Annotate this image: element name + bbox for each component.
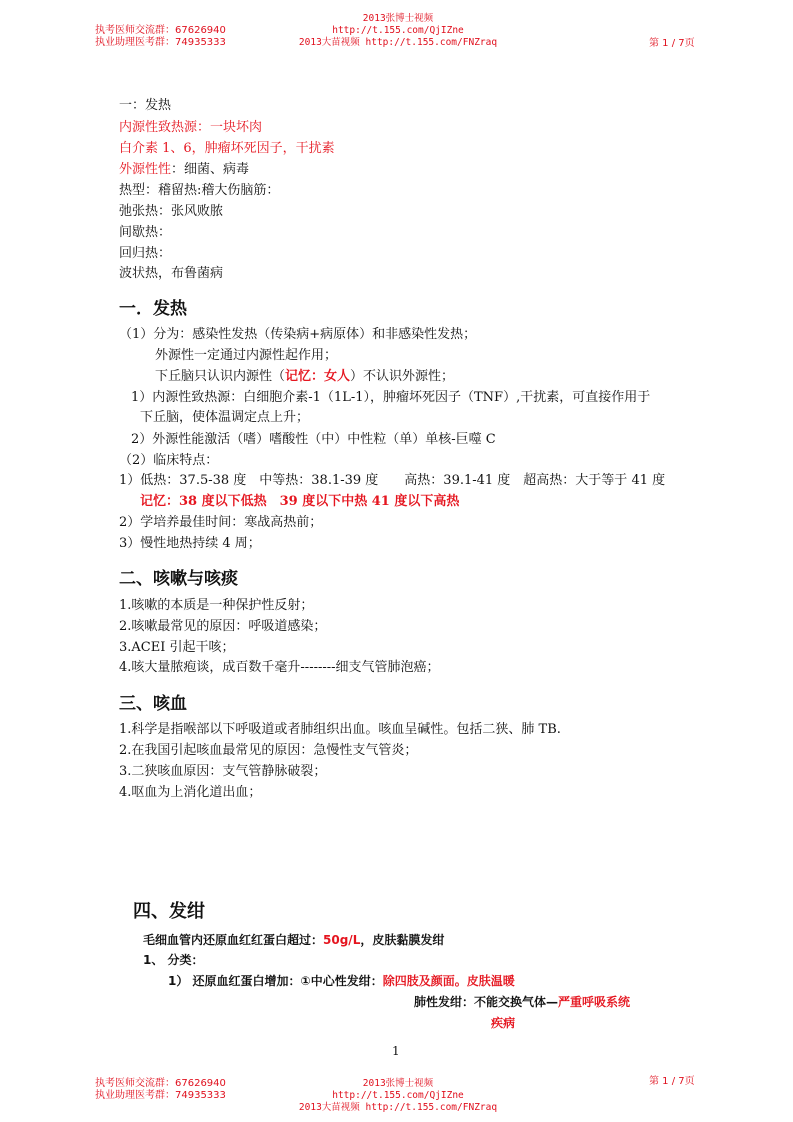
intro-line-9: 波状热，布鲁菌病 bbox=[119, 266, 223, 282]
sec1-line-2: 外源性一定通过内源性起作用； bbox=[155, 348, 337, 364]
sec1-line-10: 2）学培养最佳时间：寒战高热前； bbox=[119, 515, 322, 531]
page-number: 1 bbox=[392, 1044, 400, 1058]
header-page-indicator: 第 1 / 7页 bbox=[649, 38, 695, 50]
intro-line-2: 内源性致热源：一块坏肉 bbox=[119, 120, 262, 136]
sec2-item-4: 4.咳大量脓疱谈，成百数千毫升--------细支气管肺泡癌； bbox=[119, 660, 440, 676]
footer-video-links: 2013张博士视频http://t.155.com/QjIZne 2013大苗视… bbox=[298, 1078, 498, 1114]
intro-line-5: 热型：稽留热:稽大伤脑筋： bbox=[119, 183, 279, 199]
sec4-line-3a: 1） 还原血红蛋白增加：①中心性发绀： bbox=[168, 974, 383, 988]
sec1-line-3: 下丘脑只认识内源性（记忆：女人）不认识外源性； bbox=[155, 369, 454, 385]
sec4-line-2: 1、 分类： bbox=[143, 952, 204, 968]
sec1-line-6: 2）外源性能激活（嗜）嗜酸性（中）中性粒（单）单核-巨噬 C bbox=[131, 432, 496, 448]
sec1-line-1: （1）分为：感染性发热（传染病+病原体）和非感染性发热； bbox=[119, 327, 476, 343]
sec1-line-11: 3）慢性地热持续 4 周； bbox=[119, 536, 261, 552]
sec4-line-1: 毛细血管内还原血红红蛋白超过：50g/L，皮肤黏膜发绀 bbox=[143, 932, 444, 948]
intro-line-6: 弛张热：张风败脓 bbox=[119, 204, 223, 220]
sec1-line-4: 1）内源性致热源：白细胞介素-1（1L-1），肿瘤坏死因子（TNF）,干扰素，可… bbox=[131, 390, 650, 406]
section-title-cyanosis: 四、发绀 bbox=[133, 897, 205, 923]
sec3-item-1: 1.科学是指喉部以下呼吸道或者肺组织出血。咳血呈碱性。包括二狭、肺 TB. bbox=[119, 722, 561, 738]
footer-group1: 执考医师交流群：67626940 bbox=[95, 1078, 226, 1090]
sec3-item-2: 2.在我国引起咳血最常见的原因：急慢性支气管炎； bbox=[119, 743, 417, 759]
footer-group-info: 执考医师交流群：67626940 执业助理医考群：74935333 bbox=[95, 1078, 226, 1102]
header-group1: 执考医师交流群：67626940 bbox=[95, 25, 226, 37]
footer-video2-link[interactable]: 2013大苗视频 http://t.155.com/FNZraq bbox=[298, 1102, 498, 1114]
footer-page-indicator: 第 1 / 7页 bbox=[649, 1076, 695, 1088]
sec1-line-5: 下丘脑，使体温调定点上升； bbox=[140, 410, 309, 426]
sec4-line-4: 肺性发绀：不能交换气体—严重呼吸系统 bbox=[414, 994, 630, 1010]
sec2-item-2: 2.咳嗽最常见的原因：呼吸道感染； bbox=[119, 619, 326, 635]
sec3-item-4: 4.呕血为上消化道出血； bbox=[119, 785, 261, 801]
footer-video1-link[interactable]: 2013张博士视频http://t.155.com/QjIZne bbox=[298, 1078, 498, 1102]
intro-line-4-red: 外源性性 bbox=[119, 162, 171, 177]
sec1-line-3c: ）不认识外源性； bbox=[350, 369, 454, 384]
sec1-line-9-memo: 记忆：38 度以下低热 39 度以下中热 41 度以下高热 bbox=[140, 494, 459, 510]
sec4-line-1c: ，皮肤黏膜发绀 bbox=[360, 933, 444, 947]
intro-line-4-rest: ：细菌、病毒 bbox=[171, 162, 249, 177]
sec4-line-5: 疾病 bbox=[491, 1015, 515, 1031]
header-group2: 执业助理医考群：74935333 bbox=[95, 37, 226, 49]
header-video2-link[interactable]: 2013大苗视频 http://t.155.com/FNZraq bbox=[298, 37, 498, 49]
intro-line-4: 外源性性：细菌、病毒 bbox=[119, 162, 249, 178]
footer-group2: 执业助理医考群：74935333 bbox=[95, 1090, 226, 1102]
intro-line-1: 一：发热 bbox=[119, 98, 171, 114]
header-video-links: 2013张博士视频http://t.155.com/QjIZne 2013大苗视… bbox=[298, 13, 498, 49]
header-group-info: 执考医师交流群：67626940 执业助理医考群：74935333 bbox=[95, 25, 226, 49]
sec1-line-8: 1）低热：37.5-38 度 中等热：38.1-39 度 高热：39.1-41 … bbox=[119, 473, 665, 489]
sec4-line-3: 1） 还原血红蛋白增加：①中心性发绀：除四肢及颜面。皮肤温暖 bbox=[168, 973, 515, 989]
intro-line-8: 回归热： bbox=[119, 246, 171, 262]
sec4-line-1a: 毛细血管内还原血红红蛋白超过： bbox=[143, 933, 323, 947]
sec2-item-1: 1.咳嗽的本质是一种保护性反射； bbox=[119, 598, 313, 614]
sec4-line-4-red: 严重呼吸系统 bbox=[558, 995, 630, 1009]
sec3-item-3: 3.二狭咳血原因：支气管静脉破裂； bbox=[119, 764, 326, 780]
sec2-item-3: 3.ACEI 引起干咳； bbox=[119, 640, 235, 656]
section-title-hemoptysis: 三、咳血 bbox=[119, 689, 187, 714]
sec1-line-3a: 下丘脑只认识内源性（ bbox=[155, 369, 285, 384]
intro-line-3: 白介素 1、6，肿瘤坏死因子，干扰素 bbox=[119, 141, 335, 157]
sec4-line-3-red: 除四肢及颜面。皮肤温暖 bbox=[383, 974, 515, 988]
sec4-line-1-value: 50g/L bbox=[323, 933, 360, 947]
intro-line-7: 间歇热： bbox=[119, 225, 171, 241]
sec1-line-3-memo: 记忆：女人 bbox=[285, 369, 350, 384]
section-title-fever: 一．发热 bbox=[119, 294, 187, 319]
section-title-cough: 二、咳嗽与咳痰 bbox=[119, 564, 238, 589]
sec1-line-7: （2）临床特点： bbox=[119, 453, 218, 469]
sec4-line-4a: 肺性发绀：不能交换气体— bbox=[414, 995, 558, 1009]
header-video1-link[interactable]: 2013张博士视频http://t.155.com/QjIZne bbox=[298, 13, 498, 37]
